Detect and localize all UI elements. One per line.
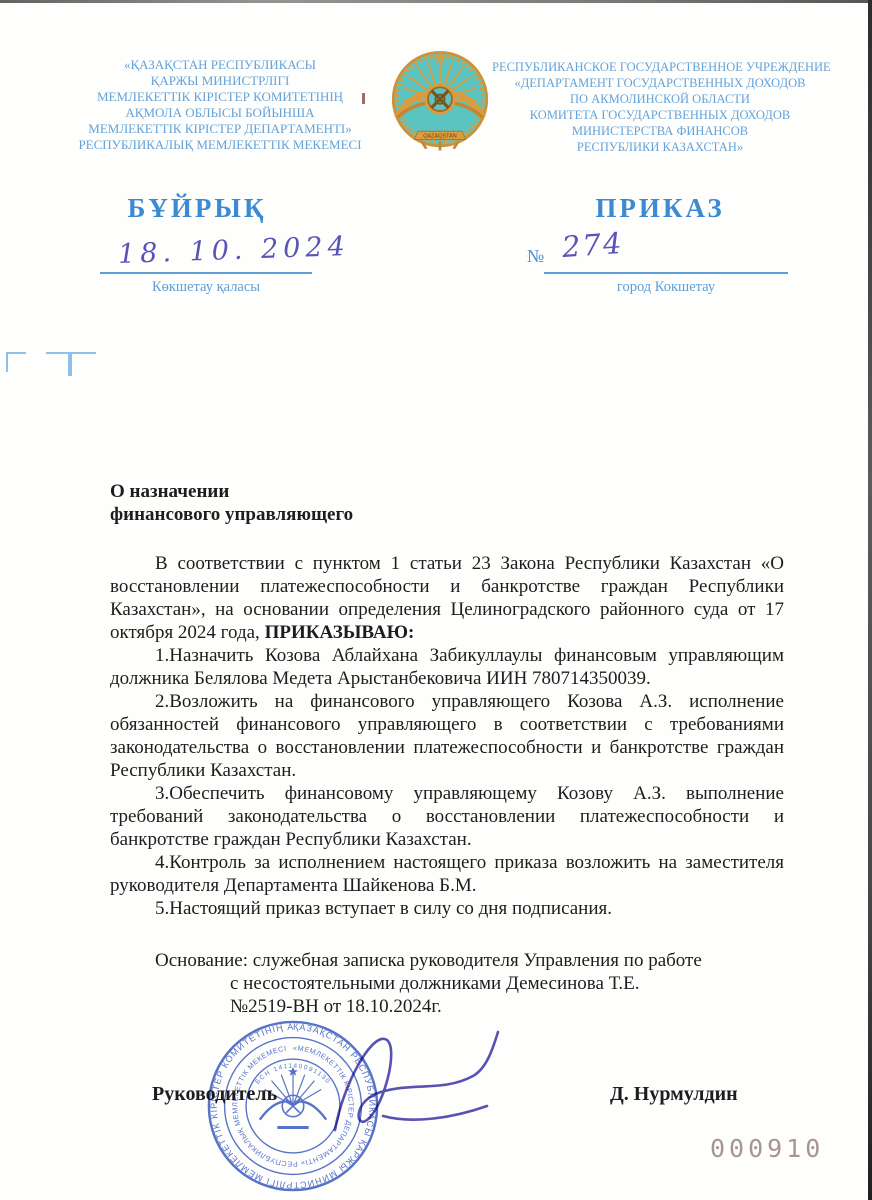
scan-artifact-right-edge bbox=[868, 0, 872, 1200]
kazakhstan-coat-of-arms-icon: QAZAQSTAN bbox=[385, 42, 495, 160]
number-underline bbox=[544, 272, 788, 274]
preamble-text: В соответствии с пунктом 1 статьи 23 Зак… bbox=[110, 553, 784, 643]
letterhead-line: «ҚАЗАҚСТАН РЕСПУБЛИКАСЫ bbox=[55, 57, 385, 73]
letterhead-line: МЕМЛЕКЕТТІК КІРІСТЕР КОМИТЕТІНІҢ bbox=[55, 89, 385, 105]
subject-line: О назначении bbox=[110, 480, 784, 503]
signatory-name: Д. Нурмулдин bbox=[610, 1083, 738, 1106]
crop-mark bbox=[70, 352, 96, 376]
preamble-ordering-word: ПРИКАЗЫВАЮ: bbox=[265, 622, 415, 643]
scan-artifact-top-edge bbox=[0, 0, 872, 3]
letterhead-line: МЕМЛЕКЕТТІК КІРІСТЕР ДЕПАРТАМЕНТІ» bbox=[55, 121, 385, 137]
basis-line: с несостоятельными должниками Демесинова… bbox=[230, 972, 784, 995]
letterhead-line: ПО АКМОЛИНСКОЙ ОБЛАСТИ bbox=[492, 91, 828, 107]
basis-block: Основание: служебная записка руководител… bbox=[110, 949, 784, 1018]
place-label-kazakh: Көкшетау қаласы bbox=[100, 279, 312, 296]
subject-line: финансового управляющего bbox=[110, 503, 784, 526]
letterhead-line: КОМИТЕТА ГОСУДАРСТВЕННЫХ ДОХОДОВ bbox=[492, 107, 828, 123]
emblem-banner-text: QAZAQSTAN bbox=[423, 134, 457, 140]
letterhead-line: МИНИСТЕРСТВА ФИНАНСОВ bbox=[492, 123, 828, 139]
order-subject: О назначении финансового управляющего bbox=[110, 480, 784, 526]
handwritten-signature bbox=[325, 1020, 510, 1150]
paragraph-item-4: 4.Контроль за исполнением настоящего при… bbox=[110, 851, 784, 897]
letterhead-kazakh: «ҚАЗАҚСТАН РЕСПУБЛИКАСЫ ҚАРЖЫ МИНИСТРЛІГ… bbox=[55, 57, 385, 153]
handwritten-date: 18. 10. 2024 bbox=[118, 231, 351, 270]
basis-line: №2519-ВН от 18.10.2024г. bbox=[230, 995, 784, 1018]
order-body: О назначении финансового управляющего В … bbox=[110, 480, 784, 1018]
letterhead-line: «ДЕПАРТАМЕНТ ГОСУДАРСТВЕННЫХ ДОХОДОВ bbox=[492, 75, 828, 91]
order-heading-kazakh: БҰЙРЫҚ bbox=[32, 193, 362, 224]
letterhead-line: АҚМОЛА ОБЛЫСЫ БОЙЫНША bbox=[55, 105, 385, 121]
date-underline bbox=[100, 272, 312, 274]
number-sign: № bbox=[527, 246, 544, 267]
paragraph-item-3: 3.Обеспечить финансовому управляющему Ко… bbox=[110, 782, 784, 851]
letterhead-line: РЕСПУБЛИКАЛЫҚ МЕМЛЕКЕТТІК МЕКЕМЕСІ bbox=[55, 137, 385, 153]
handwritten-order-number: 274 bbox=[561, 226, 625, 264]
paragraph-item-2: 2.Возложить на финансового управляющего … bbox=[110, 690, 784, 782]
letterhead-line: РЕСПУБЛИКИ КАЗАХСТАН» bbox=[492, 139, 828, 155]
paragraph-preamble: В соответствии с пунктом 1 статьи 23 Зак… bbox=[110, 552, 784, 644]
letterhead-line: РЕСПУБЛИКАНСКОЕ ГОСУДАРСТВЕННОЕ УЧРЕЖДЕН… bbox=[492, 59, 828, 75]
letterhead-line: ҚАРЖЫ МИНИСТРЛІГІ bbox=[55, 73, 385, 89]
scanned-order-document: «ҚАЗАҚСТАН РЕСПУБЛИКАСЫ ҚАРЖЫ МИНИСТРЛІГ… bbox=[0, 0, 872, 1200]
crop-mark bbox=[46, 352, 70, 376]
order-heading-russian: ПРИКАЗ bbox=[492, 193, 828, 224]
basis-line: Основание: служебная записка руководител… bbox=[155, 949, 784, 972]
paragraph-item-5: 5.Настоящий приказ вступает в силу со дн… bbox=[110, 897, 784, 920]
crop-mark bbox=[6, 352, 26, 372]
paragraph-item-1: 1.Назначить Козова Аблайхана Забикуллаул… bbox=[110, 644, 784, 690]
place-label-russian: город Кокшетау bbox=[544, 279, 788, 296]
letterhead-russian: РЕСПУБЛИКАНСКОЕ ГОСУДАРСТВЕННОЕ УЧРЕЖДЕН… bbox=[492, 59, 828, 155]
sheet-number: 000910 bbox=[710, 1134, 824, 1163]
